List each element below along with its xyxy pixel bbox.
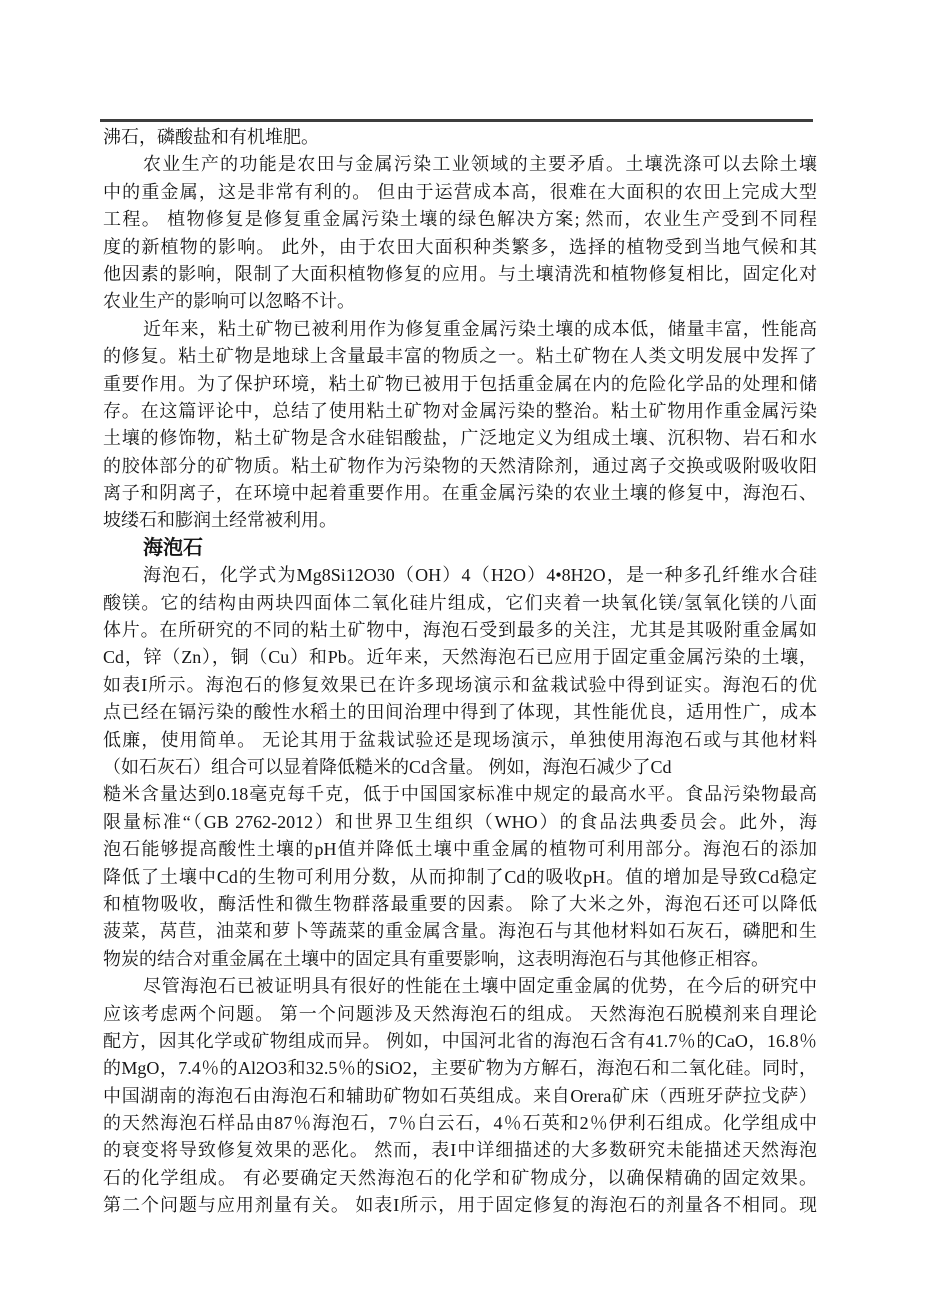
text-line: 酸镁。它的结构由两块四面体二氧化硅片组成，它们夹着一块氧化镁/氢氧化镁的八面 xyxy=(103,590,817,617)
text-line: 配方，因其化学或矿物组成而异。 例如，中国河北省的海泡石含有41.7％的CaO，… xyxy=(103,1028,817,1055)
text-line: 坡缕石和膨润土经常被利用。 xyxy=(103,507,817,534)
text-line: 海泡石，化学式为Mg8Si12O30（OH）4（H2O）4•8H2O，是一种多孔… xyxy=(103,562,817,589)
text-line: 限量标准“（GB 2762-2012）和世界卫生组织（WHO）的食品法典委员会。… xyxy=(103,809,817,836)
text-line: 糙米含量达到0.18毫克每千克，低于中国国家标准中规定的最高水平。食品污染物最高 xyxy=(103,781,817,808)
text-line: 农业生产的影响可以忽略不计。 xyxy=(103,288,817,315)
text-line: 第二个问题与应用剂量有关。 如表I所示，用于固定修复的海泡石的剂量各不相同。现 xyxy=(103,1192,817,1219)
text-line: 降低了土壤中Cd的生物可利用分数，从而抑制了Cd的吸收pH。值的增加是导致Cd稳… xyxy=(103,864,817,891)
text-line: 菠菜，莴苣，油菜和萝卜等蔬菜的重金属含量。海泡石与其他材料如石灰石，磷肥和生 xyxy=(103,918,817,945)
text-line: 和植物吸收，酶活性和微生物群落最重要的因素。 除了大米之外，海泡石还可以降低 xyxy=(103,891,817,918)
paragraph: 近年来，粘土矿物已被利用作为修复重金属污染土壤的成本低，储量丰富，性能高的修复。… xyxy=(103,316,817,535)
text-line: 工程。 植物修复是修复重金属污染土壤的绿色解决方案; 然而，农业生产受到不同程 xyxy=(103,206,817,233)
text-line: 农业生产的功能是农田与金属污染工业领域的主要矛盾。土壤洗涤可以去除土壤 xyxy=(103,151,817,178)
text-line: 中国湖南的海泡石由海泡石和辅助矿物如石英组成。来自Orera矿床（西班牙萨拉戈萨… xyxy=(103,1083,817,1110)
text-line: 应该考虑两个问题。 第一个问题涉及天然海泡石的组成。 天然海泡石脱模剂来自理论 xyxy=(103,1001,817,1028)
text-line: 离子和阴离子，在环境中起着重要作用。在重金属污染的农业土壤的修复中，海泡石、 xyxy=(103,480,817,507)
text-line: 沸石，磷酸盐和有机堆肥。 xyxy=(103,124,817,151)
text-line: 如表I所示。海泡石的修复效果已在许多现场演示和盆栽试验中得到证实。海泡石的优 xyxy=(103,672,817,699)
text-line: 石的化学组成。 有必要确定天然海泡石的化学和矿物成分，以确保精确的固定效果。 xyxy=(103,1165,817,1192)
text-line: 重要作用。为了保护环境，粘土矿物已被用于包括重金属在内的危险化学品的处理和储 xyxy=(103,371,817,398)
text-line: 的修复。粘土矿物是地球上含量最丰富的物质之一。粘土矿物在人类文明发展中发挥了 xyxy=(103,343,817,370)
text-line: 点已经在镉污染的酸性水稻土的田间治理中得到了体现，其性能优良，适用性广，成本 xyxy=(103,699,817,726)
text-line: 的胶体部分的矿物质。粘土矿物作为污染物的天然清除剂，通过离子交换或吸附吸收阳 xyxy=(103,453,817,480)
text-line: 物炭的结合对重金属在土壤中的固定具有重要影响，这表明海泡石与其他修正相容。 xyxy=(103,946,817,973)
text-line: Cd，锌（Zn），铜（Cu）和Pb。近年来，天然海泡石已应用于固定重金属污染的土… xyxy=(103,644,817,671)
text-line: 尽管海泡石已被证明具有很好的性能在土壤中固定重金属的优势，在今后的研究中 xyxy=(103,973,817,1000)
text-line: 度的新植物的影响。 此外，由于农田大面积种类繁多，选择的植物受到当地气候和其 xyxy=(103,234,817,261)
heading-line: 海泡石 xyxy=(103,535,817,562)
document-body: 沸石，磷酸盐和有机堆肥。农业生产的功能是农田与金属污染工业领域的主要矛盾。土壤洗… xyxy=(103,124,817,1220)
paragraph: 沸石，磷酸盐和有机堆肥。 xyxy=(103,124,817,151)
text-line: 体片。在所研究的不同的粘土矿物中，海泡石受到最多的关注，尤其是其吸附重金属如 xyxy=(103,617,817,644)
header-separator-line xyxy=(100,119,813,122)
text-line: 土壤的修饰物，粘土矿物是含水硅铝酸盐，广泛地定义为组成土壤、沉积物、岩石和水 xyxy=(103,425,817,452)
text-line: 的MgO，7.4％的Al2O3和32.5％的SiO2，主要矿物为方解石，海泡石和… xyxy=(103,1055,817,1082)
text-line: 低廉，使用简单。 无论其用于盆栽试验还是现场演示，单独使用海泡石或与其他材料 xyxy=(103,727,817,754)
text-line: 他因素的影响，限制了大面积植物修复的应用。与土壤清洗和植物修复相比，固定化对 xyxy=(103,261,817,288)
text-line: （如石灰石）组合可以显着降低糙米的Cd含量。 例如，海泡石减少了Cd xyxy=(103,754,817,781)
text-line: 的天然海泡石样品由87％海泡石，7％白云石，4％石英和2％伊利石组成。化学组成中 xyxy=(103,1110,817,1137)
paragraph: 尽管海泡石已被证明具有很好的性能在土壤中固定重金属的优势，在今后的研究中应该考虑… xyxy=(103,973,817,1220)
text-line: 的衰变将导致修复效果的恶化。 然而，表I中详细描述的大多数研究未能描述天然海泡 xyxy=(103,1137,817,1164)
document-page: 沸石，磷酸盐和有机堆肥。农业生产的功能是农田与金属污染工业领域的主要矛盾。土壤洗… xyxy=(0,0,925,1309)
paragraph: 海泡石，化学式为Mg8Si12O30（OH）4（H2O）4•8H2O，是一种多孔… xyxy=(103,562,817,973)
text-line: 泡石能够提高酸性土壤的pH值并降低土壤中重金属的植物可利用部分。海泡石的添加 xyxy=(103,836,817,863)
text-line: 中的重金属，这是非常有利的。 但由于运营成本高，很难在大面积的农田上完成大型 xyxy=(103,179,817,206)
paragraph: 农业生产的功能是农田与金属污染工业领域的主要矛盾。土壤洗涤可以去除土壤中的重金属… xyxy=(103,151,817,315)
text-line: 近年来，粘土矿物已被利用作为修复重金属污染土壤的成本低，储量丰富，性能高 xyxy=(103,316,817,343)
text-line: 存。在这篇评论中，总结了使用粘土矿物对金属污染的整治。粘土矿物用作重金属污染 xyxy=(103,398,817,425)
section-heading: 海泡石 xyxy=(103,535,817,562)
